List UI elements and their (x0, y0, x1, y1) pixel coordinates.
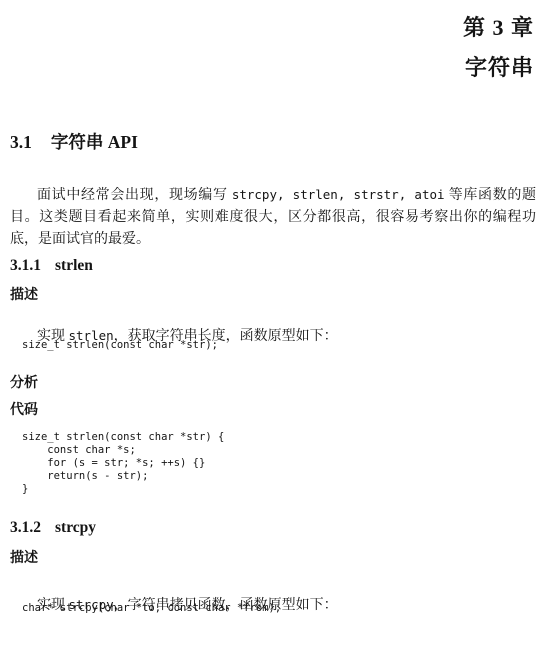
intro-lead-text: 面试中经常会出现，现场编写 (37, 188, 232, 203)
chapter-title-line: 字符串 (10, 48, 534, 88)
strlen-description-heading: 描述 (10, 287, 38, 305)
strlen-prototype-code: size_t strlen(const char *str); (22, 339, 536, 352)
section-number: 3.1 (10, 132, 32, 152)
book-page: { "chapter": { "number_line": "第 3 章", "… (0, 0, 544, 669)
subsection-3-1-1-heading: 3.1.1strlen (10, 256, 537, 275)
strlen-code-block: size_t strlen(const char *str) { const c… (22, 431, 536, 496)
strcpy-description-heading: 描述 (10, 550, 38, 568)
chapter-heading: 第 3 章 字符串 (10, 8, 534, 88)
strlen-code-heading: 代码 (10, 402, 38, 420)
subsection-number: 3.1.1 (10, 257, 41, 274)
intro-paragraph: 面试中经常会出现，现场编写 strcpy, strlen, strstr, at… (10, 184, 536, 251)
subsection-number: 3.1.2 (10, 519, 41, 536)
subsection-title: strcpy (55, 519, 96, 536)
chapter-number-line: 第 3 章 (10, 8, 534, 48)
intro-function-names-code: strcpy, strlen, strstr, atoi (232, 187, 445, 202)
strcpy-prototype-code: char* strcpy(char *to, const char *from)… (22, 602, 536, 615)
section-3-1-heading: 3.1字符串 API (10, 131, 537, 153)
section-title: 字符串 API (51, 132, 138, 152)
subsection-3-1-2-heading: 3.1.2strcpy (10, 518, 537, 537)
subsection-title: strlen (55, 257, 93, 274)
strlen-analysis-heading: 分析 (10, 375, 38, 393)
